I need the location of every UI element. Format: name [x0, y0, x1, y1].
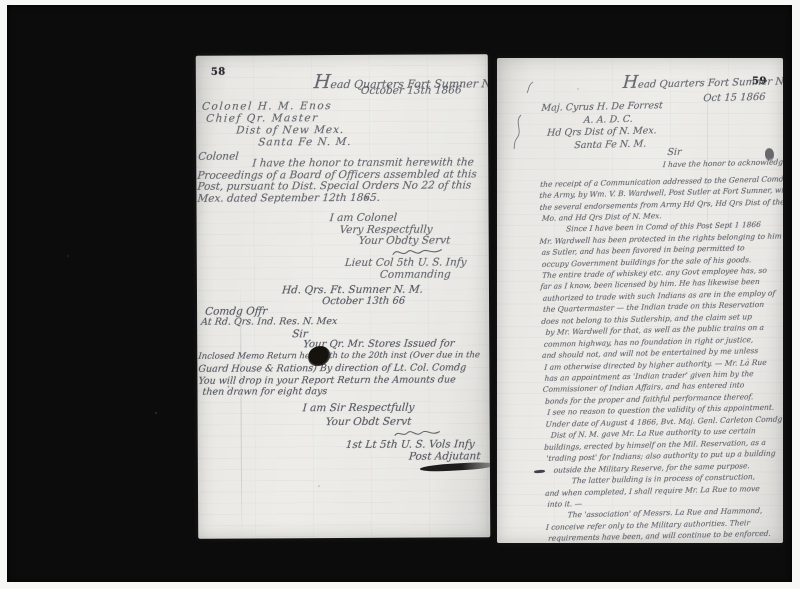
handwritten-line: 1st Lt 5th U. S. Vols Infy	[345, 438, 475, 451]
paper-speck	[411, 175, 413, 177]
handwritten-line: x	[364, 193, 369, 202]
handwritten-line: I am Colonel	[329, 212, 397, 224]
handwritten-line: Inclosed Memo Return herewith to the 20t…	[198, 350, 480, 361]
handwritten-line: Santa Fe N. M.	[258, 136, 353, 148]
handwritten-line: Sir	[667, 147, 682, 158]
handwritten-line: Dist of N. M. gave Mr. La Rue authority …	[551, 426, 756, 440]
handwritten-line: Colonel	[198, 151, 239, 163]
handwritten-line: Mr. Wardwell has been protected in the r…	[539, 231, 782, 246]
handwritten-line: Chief Qr. Master	[206, 112, 320, 125]
small-ink-blot	[765, 148, 774, 161]
handwritten-line: Hd. Qrs. Ft. Sumner N. M.	[281, 284, 423, 297]
handwritten-line: You will drop in your Report Return the …	[198, 374, 456, 386]
handwritten-line: Mo. and Hd Qrs Dist of N. Mex.	[542, 211, 662, 223]
handwritten-line: Post, pursuant to Dist. Special Orders N…	[197, 179, 472, 192]
handwritten-line: then drawn for eight days	[202, 386, 328, 398]
handwritten-line: I am Sir Respectfully	[302, 402, 415, 415]
signature-flourish	[392, 245, 444, 258]
paper-speck	[747, 358, 749, 360]
handwritten-line: Mex. dated September 12th 1865.	[197, 192, 381, 205]
signature-flourish	[394, 427, 442, 439]
pen-stroke-mark	[511, 114, 525, 150]
handwritten-line: Colonel H. M. Enos	[202, 100, 333, 113]
left-page: 58 Head Quarters Fort Sumner N. M.Octobe…	[196, 54, 491, 539]
handwritten-line: I have the honor to acknowledge	[662, 157, 783, 169]
scanned-letterbook-photo: { "colors": { "paper": "#eceae6", "ink":…	[0, 0, 800, 589]
handwritten-line: into it. —	[547, 499, 582, 509]
handwritten-line: and when completed, I shall require Mr. …	[545, 484, 760, 498]
handwritten-line: Since I have been in Comd of this Post S…	[566, 220, 761, 233]
handwritten-line: The latter building is in process of con…	[572, 472, 756, 485]
handwritten-line: Maj. Cyrus H. De Forrest	[541, 100, 663, 114]
handwritten-line: October 13th 1866	[360, 84, 462, 97]
pen-tick-mark	[526, 81, 535, 94]
handwritten-line: The 'association' of Messrs. La Rue and …	[567, 506, 762, 519]
right-page: 59 Head Quarters Fort Sumner N. M.Oct 15…	[497, 58, 783, 543]
handwritten-line: Head Quarters Fort Sumner N. M.	[622, 69, 783, 93]
handwritten-line: Commanding	[379, 268, 451, 280]
handwritten-line: Oct 15 1866	[703, 92, 766, 104]
paper-speck	[227, 386, 229, 388]
handwritten-line: Dist of New Mex.	[236, 124, 345, 137]
handwritten-line: Guard House & Rations) By direction of L…	[198, 362, 467, 374]
handwritten-line: the several endorsements from Army Hd Qr…	[539, 197, 783, 212]
handwritten-line: as Sutler, and has been favored in being…	[541, 243, 744, 257]
dust-speck	[155, 412, 157, 414]
handwritten-line: Your Obdt Servt	[325, 416, 412, 428]
handwritten-line: Santa Fe N. M.	[574, 139, 647, 152]
handwritten-line: At Rd. Qrs. Ind. Res. N. Mex	[201, 316, 338, 328]
handwritten-line: Post Adjutant	[408, 450, 481, 462]
dust-speck	[67, 255, 69, 257]
handwritten-line: October 13th 66	[322, 296, 406, 307]
handwritten-line: A. A. D. C.	[583, 114, 633, 126]
paper-speck	[577, 88, 579, 90]
handwritten-line: Commissioner of Indian Affairs, and has …	[543, 380, 745, 394]
paper-speck	[318, 485, 320, 487]
handwritten-line: Hd Qrs Dist of N. Mex.	[547, 125, 657, 139]
